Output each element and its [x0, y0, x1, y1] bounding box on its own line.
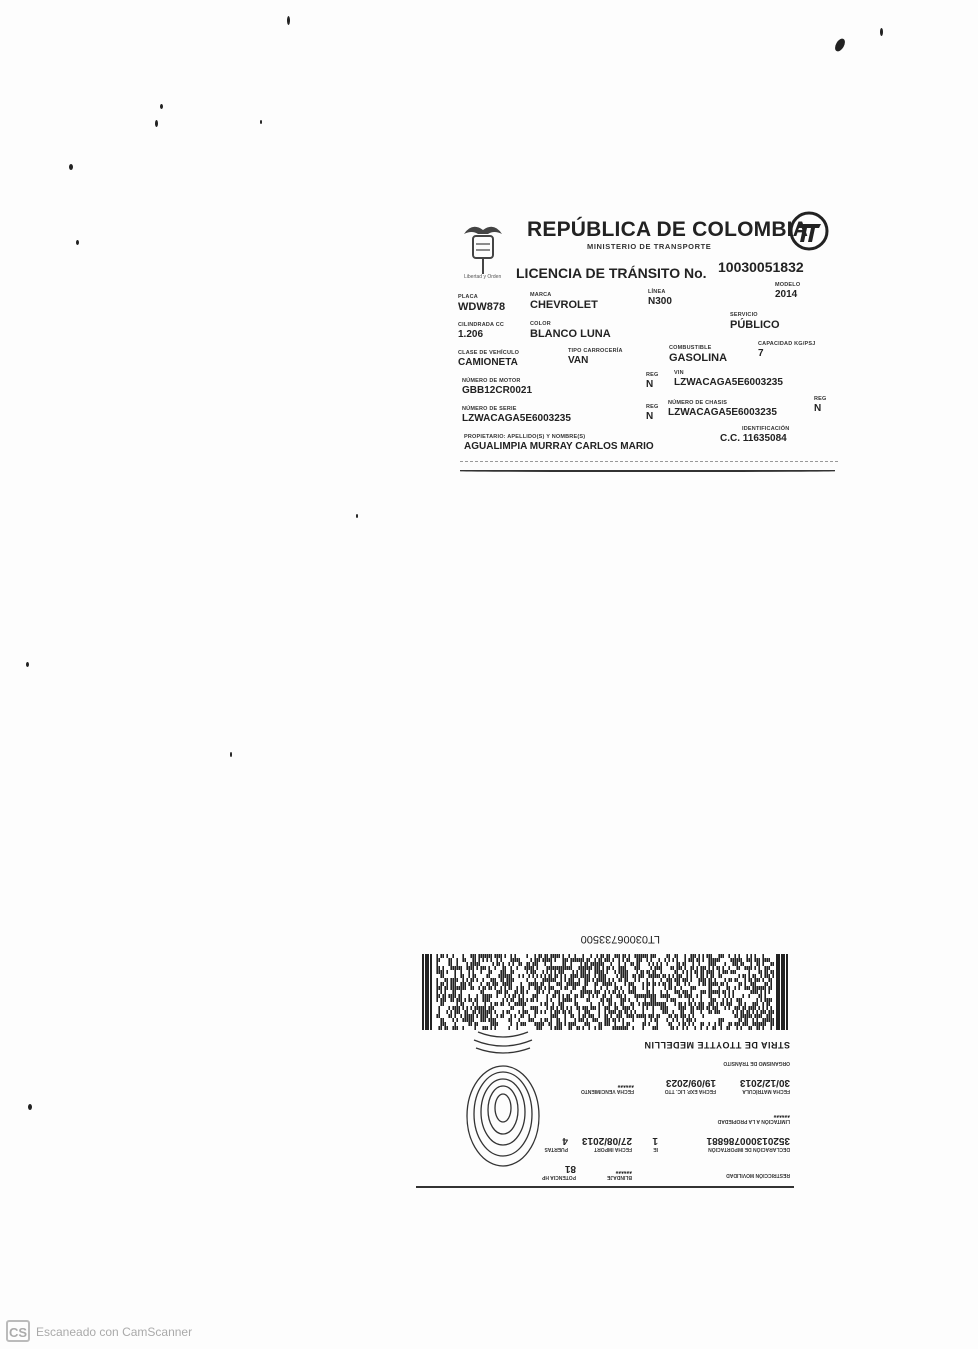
pdf417-barcode: [422, 954, 788, 1030]
camscanner-watermark: Escaneado con CamScanner: [36, 1325, 192, 1339]
field-capacidad: Capacidad Kg/PSJ 7: [758, 341, 816, 359]
field-declaracion: Declaración de importación 3520130007868…: [707, 1135, 790, 1152]
field-serie-reg: Reg N: [646, 404, 659, 422]
camscanner-logo-icon: CS: [6, 1320, 30, 1342]
ministry-name: MINISTERIO DE TRANSPORTE: [587, 242, 711, 251]
scan-speck: [155, 120, 158, 127]
field-linea: Línea N300: [648, 289, 672, 307]
license-title: LICENCIA DE TRÁNSITO No.: [516, 265, 707, 281]
field-organismo-label: Organismo de tránsito: [723, 1060, 790, 1066]
ministry-transport-logo-icon: [788, 210, 830, 252]
scan-speck: [160, 104, 163, 109]
field-modelo: Modelo 2014: [775, 282, 800, 300]
card-top-edge: [416, 1186, 794, 1188]
field-motor: Número de motor GBB12CR0021: [462, 378, 532, 396]
field-blindaje: Blindaje ******: [607, 1167, 632, 1180]
scan-speck: [69, 164, 73, 170]
field-servicio: Servicio PÚBLICO: [730, 312, 780, 331]
transit-authority: STRIA DE TTOYTTE MEDELLIN: [644, 1040, 790, 1050]
scan-speck: [260, 120, 262, 124]
field-fecha-matricula: Fecha matrícula 30/12/2013: [740, 1077, 790, 1094]
field-chasis-reg: Reg N: [814, 396, 827, 414]
coat-of-arms-icon: [460, 220, 506, 280]
field-placa: Placa WDW878: [458, 294, 505, 313]
scan-speck: [26, 662, 29, 667]
license-back: Restricción movilidad Blindaje ****** Po…: [412, 922, 798, 1190]
field-fecha-expedicion: Fecha exp. lic. ttO 19/09/2023: [665, 1077, 716, 1094]
field-vin: VIN LZWACAGA5E6003235: [674, 370, 783, 388]
scan-speck: [76, 240, 79, 245]
coat-caption: Libertad y Orden: [464, 274, 501, 280]
field-cilindrada: Cilindrada CC 1.206: [458, 322, 504, 340]
field-serie: Número de serie LZWACAGA5E6003235: [462, 406, 571, 424]
field-chasis: Número de chasis LZWACAGA5E6003235: [668, 400, 777, 418]
field-fecha-import: Fecha import 27/08/2013: [582, 1135, 632, 1152]
scan-speck: [230, 752, 232, 757]
country-title: REPÚBLICA DE COLOMBIA: [527, 218, 808, 242]
scan-speck: [880, 28, 883, 36]
field-limitacion: Limitación a la propiedad ******: [718, 1111, 790, 1124]
barcode-code: LT03006733500: [581, 933, 660, 945]
field-propietario: Propietario: Apellido(s) y Nombre(s) AGU…: [464, 434, 654, 452]
field-color: Color BLANCO LUNA: [530, 321, 611, 340]
field-marca: Marca CHEVROLET: [530, 292, 598, 311]
scan-speck: [28, 1104, 32, 1110]
scan-speck: [356, 514, 358, 518]
field-carroceria: Tipo carrocería VAN: [568, 348, 623, 366]
field-ie: IE 1: [652, 1135, 658, 1152]
scan-speck: [287, 16, 290, 25]
license-number: 10030051832: [718, 259, 804, 275]
field-combustible: Combustible GASOLINA: [669, 345, 727, 364]
field-identificacion: Identificación C.C. 11635084: [720, 426, 789, 444]
divider: [460, 461, 838, 462]
scan-speck: [833, 37, 847, 53]
field-clase: Clase de vehículo CAMIONETA: [458, 350, 519, 368]
field-restriccion: Restricción movilidad: [726, 1172, 790, 1178]
field-fecha-vencimiento: Fecha vencimiento ******: [581, 1081, 634, 1094]
field-motor-reg: Reg N: [646, 372, 659, 390]
card-bottom-edge: [460, 470, 835, 472]
license-front: Libertad y Orden REPÚBLICA DE COLOMBIA M…: [452, 208, 840, 478]
fingerprint-icon: [458, 1026, 548, 1176]
